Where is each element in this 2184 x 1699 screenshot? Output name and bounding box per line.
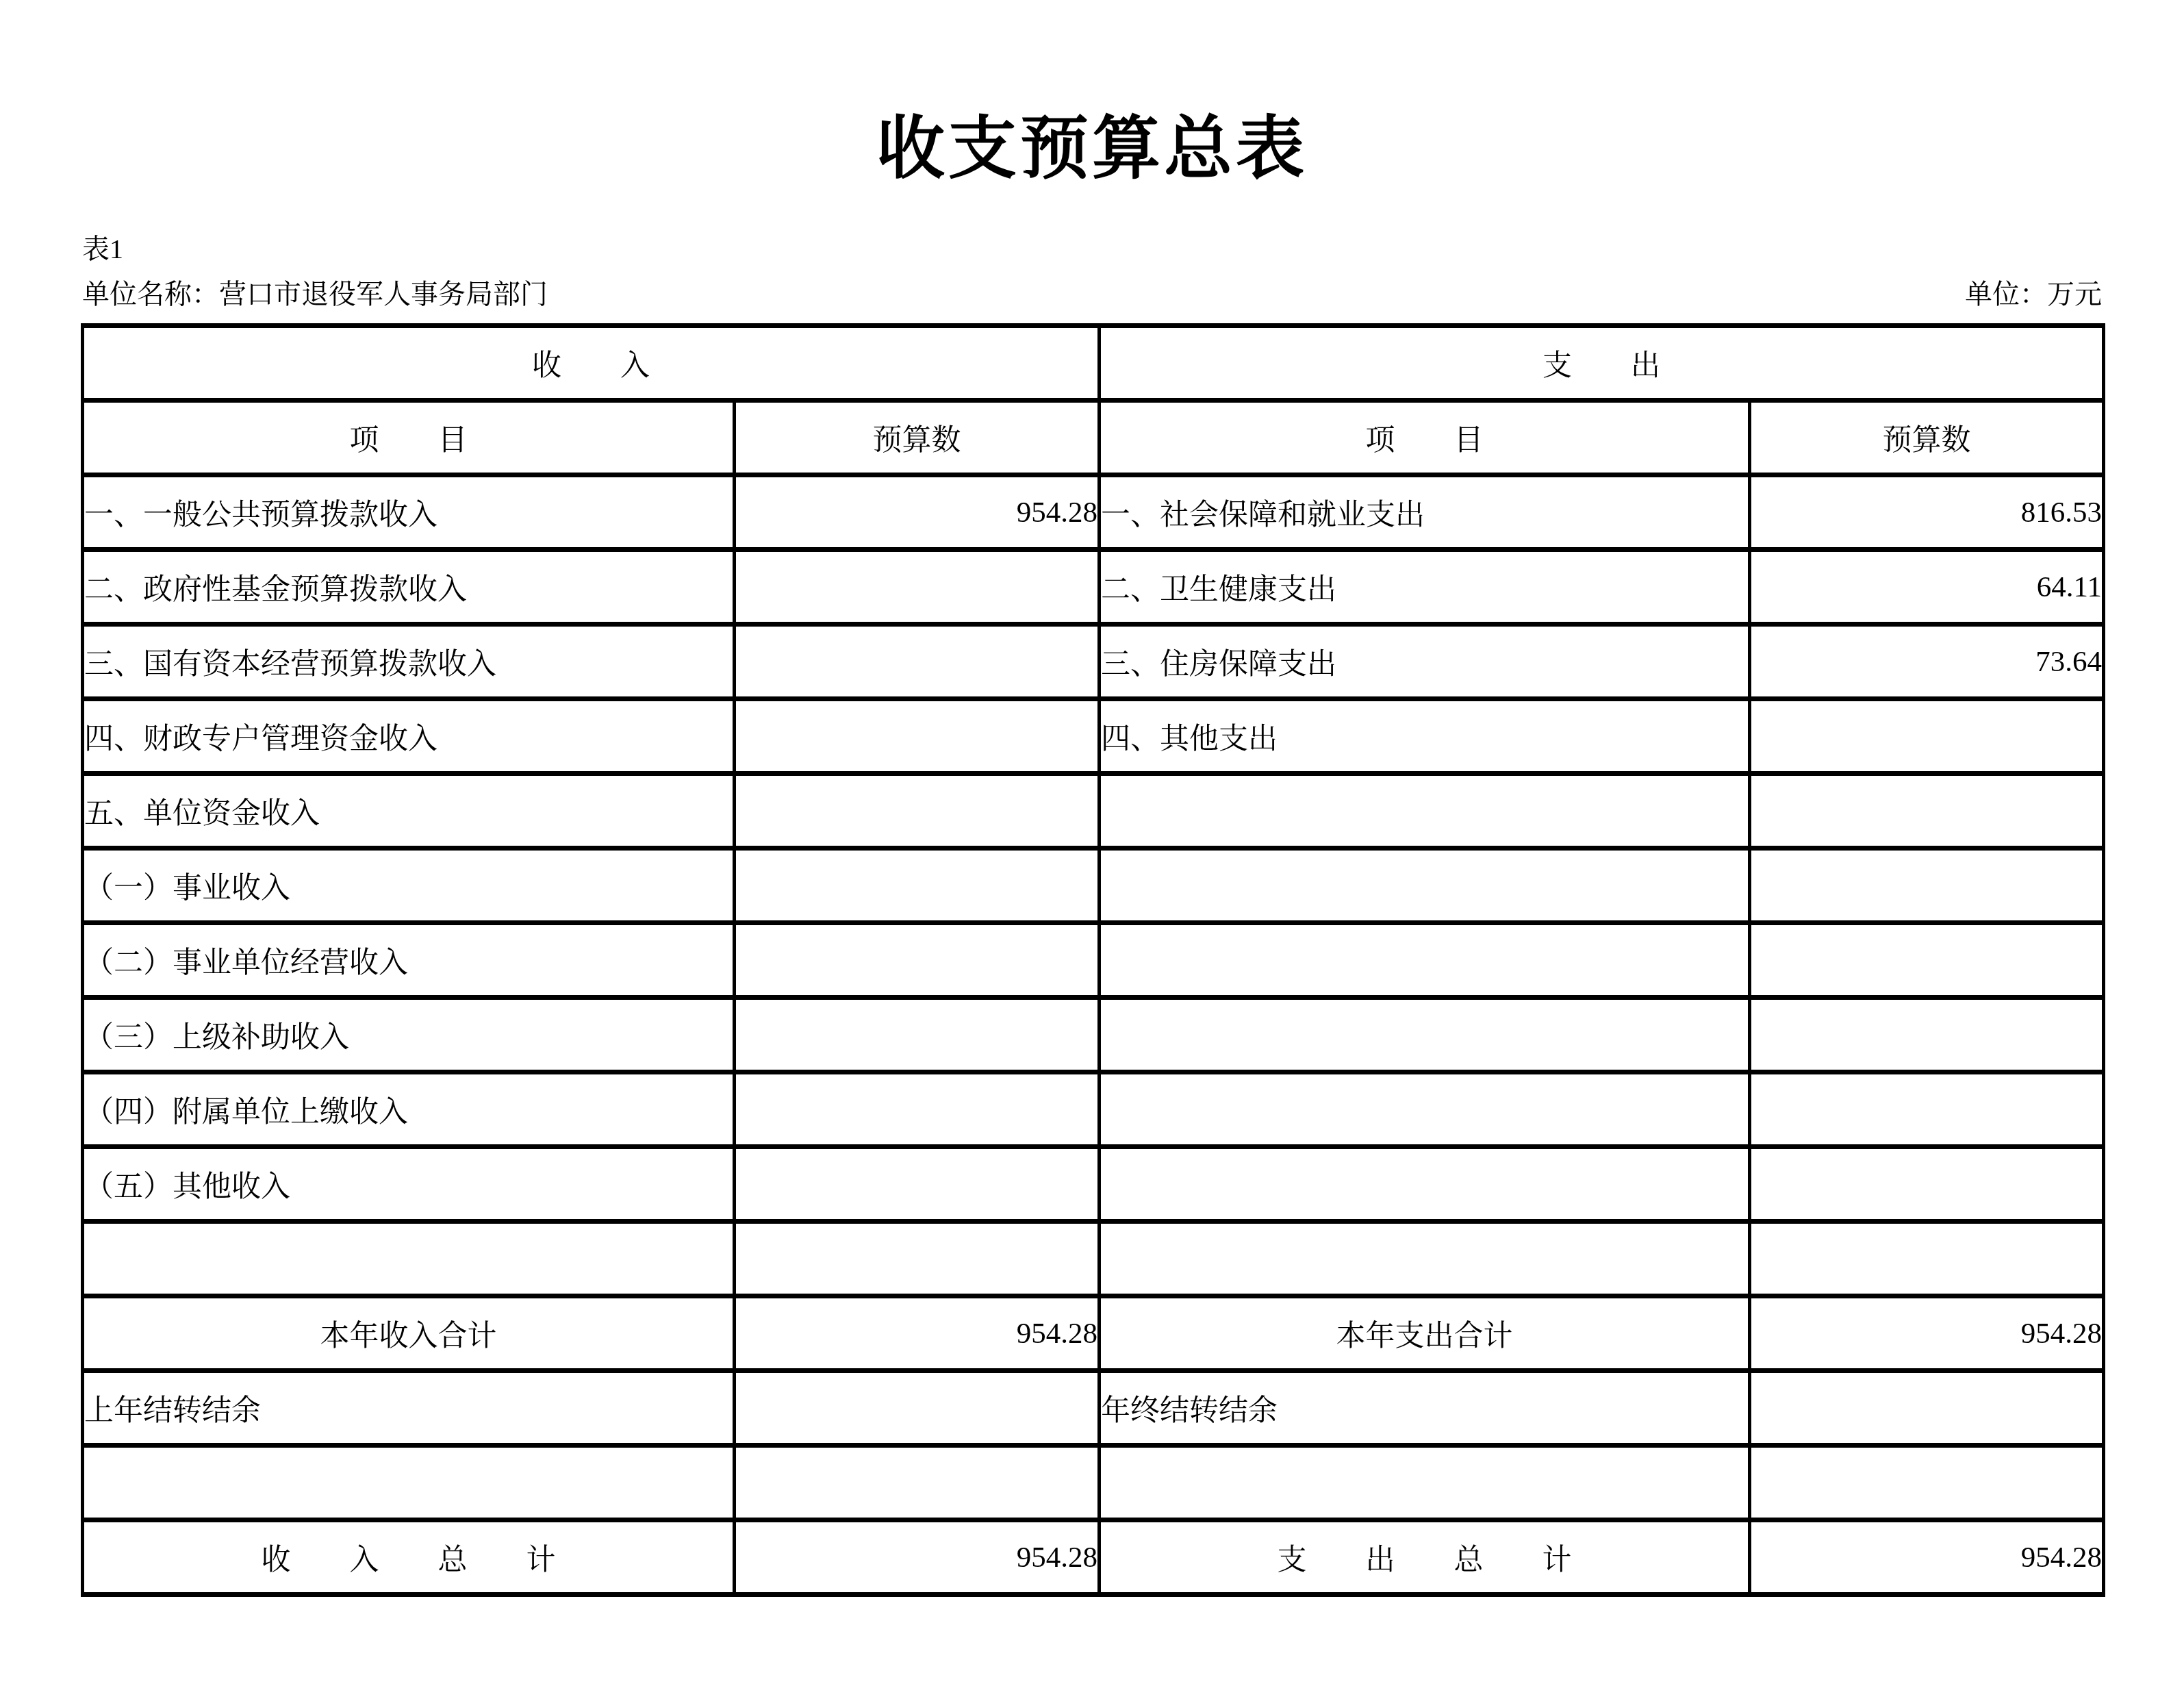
table-row: 四、财政专户管理资金收入 四、其他支出: [83, 699, 2104, 774]
expense-item-cell: [1100, 774, 1750, 848]
expense-budget-cell: [1750, 1072, 2104, 1147]
income-item-cell: （四）附属单位上缴收入: [83, 1072, 735, 1147]
income-budget-cell: [735, 1072, 1100, 1147]
expense-item-cell: [1100, 1147, 1750, 1222]
table-row: 二、政府性基金预算拨款收入 二、卫生健康支出 64.11: [83, 550, 2104, 625]
income-budget-cell: [735, 550, 1100, 625]
income-budget-column-header: 预算数: [735, 401, 1100, 475]
expense-budget-cell: [1750, 998, 2104, 1072]
expense-budget-cell: [1750, 848, 2104, 923]
expense-item-cell: 四、其他支出: [1100, 699, 1750, 774]
income-item-cell: （二）事业单位经营收入: [83, 923, 735, 998]
income-item-cell: 二、政府性基金预算拨款收入: [83, 550, 735, 625]
income-budget-cell: [735, 1222, 1100, 1296]
income-budget-cell: [735, 923, 1100, 998]
income-item-cell: 三、国有资本经营预算拨款收入: [83, 625, 735, 699]
table-row: （一）事业收入: [83, 848, 2104, 923]
page-title: 收支预算总表: [0, 93, 2184, 192]
expense-budget-cell: [1750, 699, 2104, 774]
table-row: 三、国有资本经营预算拨款收入 三、住房保障支出 73.64: [83, 625, 2104, 699]
unit-of-measure-label: 单位：万元: [1965, 273, 2102, 312]
income-budget-cell: [735, 774, 1100, 848]
income-budget-cell: [735, 625, 1100, 699]
expense-item-cell: [1100, 998, 1750, 1072]
meta-line: 单位名称：营口市退役军人事务局部门 单位：万元: [82, 273, 2102, 312]
expense-subtotal-label: 本年支出合计: [1100, 1296, 1750, 1371]
income-budget-cell: [735, 699, 1100, 774]
income-carryover-value: [735, 1371, 1100, 1446]
income-item-cell: 一、一般公共预算拨款收入: [83, 475, 735, 550]
income-item-cell: （五）其他收入: [83, 1147, 735, 1222]
table-row: （五）其他收入: [83, 1147, 2104, 1222]
expense-total-label: 支 出 总 计: [1100, 1520, 1750, 1595]
unit-name-label: 单位名称：营口市退役军人事务局部门: [82, 273, 548, 312]
expense-budget-cell: [1750, 774, 2104, 848]
expense-budget-column-header: 预算数: [1750, 401, 2104, 475]
expense-budget-cell: [1750, 1222, 2104, 1296]
income-subtotal-label: 本年收入合计: [83, 1296, 735, 1371]
expense-budget-cell: 73.64: [1750, 625, 2104, 699]
table-row: 五、单位资金收入: [83, 774, 2104, 848]
expense-item-cell: 一、社会保障和就业支出: [1100, 475, 1750, 550]
expense-item-cell: [1100, 1222, 1750, 1296]
income-budget-cell: [735, 1446, 1100, 1520]
expense-item-cell: [1100, 848, 1750, 923]
expense-carryover-value: [1750, 1371, 2104, 1446]
table-row: （四）附属单位上缴收入: [83, 1072, 2104, 1147]
expense-item-cell: [1100, 1446, 1750, 1520]
income-carryover-label: 上年结转结余: [83, 1371, 735, 1446]
income-budget-cell: [735, 998, 1100, 1072]
income-total-label: 收 入 总 计: [83, 1520, 735, 1595]
income-subtotal-value: 954.28: [735, 1296, 1100, 1371]
table-row: （三）上级补助收入: [83, 998, 2104, 1072]
expense-total-value: 954.28: [1750, 1520, 2104, 1595]
income-item-cell: 五、单位资金收入: [83, 774, 735, 848]
income-item-cell: （三）上级补助收入: [83, 998, 735, 1072]
expense-budget-cell: [1750, 923, 2104, 998]
budget-table: 收 入 支 出 项 目 预算数 项 目 预算数 一、一般公共预算拨款收入 954…: [81, 323, 2105, 1597]
table-row: [83, 1446, 2104, 1520]
carryover-row: 上年结转结余 年终结转结余: [83, 1371, 2104, 1446]
income-section-header: 收 入: [83, 326, 1100, 401]
column-header-row: 项 目 预算数 项 目 预算数: [83, 401, 2104, 475]
expense-carryover-label: 年终结转结余: [1100, 1371, 1750, 1446]
expense-budget-cell: [1750, 1446, 2104, 1520]
section-header-row: 收 入 支 出: [83, 326, 2104, 401]
table-row: [83, 1222, 2104, 1296]
expense-budget-cell: 816.53: [1750, 475, 2104, 550]
income-total-value: 954.28: [735, 1520, 1100, 1595]
table-row: （二）事业单位经营收入: [83, 923, 2104, 998]
expense-item-cell: 三、住房保障支出: [1100, 625, 1750, 699]
income-budget-cell: 954.28: [735, 475, 1100, 550]
income-item-cell: [83, 1222, 735, 1296]
expense-item-cell: [1100, 923, 1750, 998]
subtotal-row: 本年收入合计 954.28 本年支出合计 954.28: [83, 1296, 2104, 1371]
sheet-label: 表1: [82, 227, 123, 266]
expense-budget-cell: [1750, 1147, 2104, 1222]
expense-section-header: 支 出: [1100, 326, 2104, 401]
income-item-cell: （一）事业收入: [83, 848, 735, 923]
table-row: 一、一般公共预算拨款收入 954.28 一、社会保障和就业支出 816.53: [83, 475, 2104, 550]
expense-subtotal-value: 954.28: [1750, 1296, 2104, 1371]
expense-budget-cell: 64.11: [1750, 550, 2104, 625]
income-budget-cell: [735, 848, 1100, 923]
income-item-cell: [83, 1446, 735, 1520]
income-item-column-header: 项 目: [83, 401, 735, 475]
expense-item-column-header: 项 目: [1100, 401, 1750, 475]
income-budget-cell: [735, 1147, 1100, 1222]
expense-item-cell: 二、卫生健康支出: [1100, 550, 1750, 625]
grand-total-row: 收 入 总 计 954.28 支 出 总 计 954.28: [83, 1520, 2104, 1595]
expense-item-cell: [1100, 1072, 1750, 1147]
income-item-cell: 四、财政专户管理资金收入: [83, 699, 735, 774]
